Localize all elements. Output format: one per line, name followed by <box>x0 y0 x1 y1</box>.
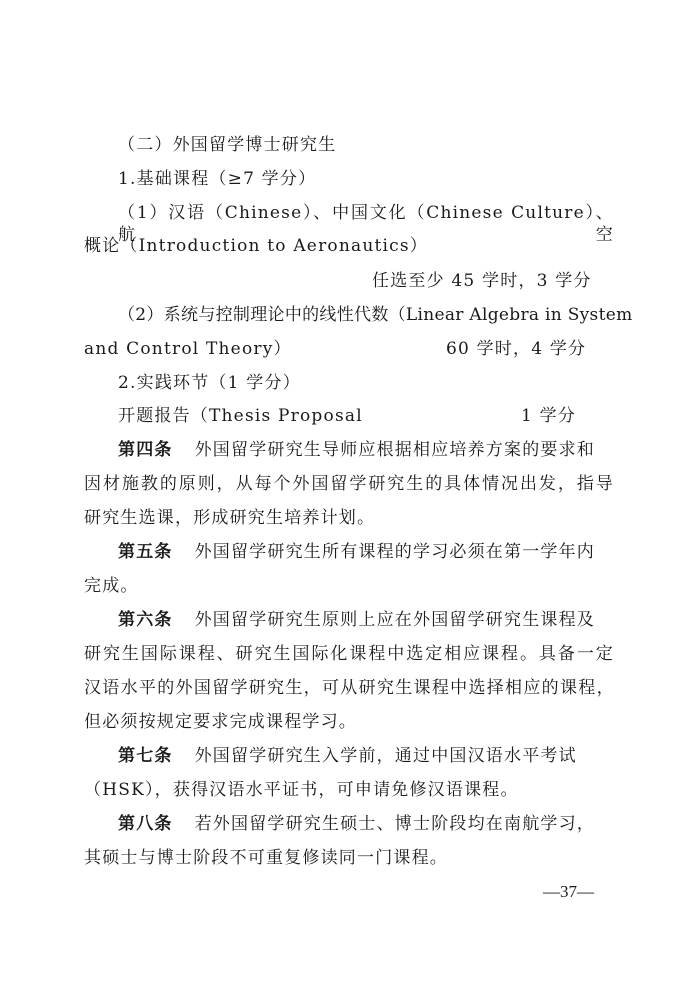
article-8-line-2: 其硕士与博士阶段不可重复修读同一门课程。 <box>84 847 614 869</box>
article-5-line-2: 完成。 <box>84 575 614 597</box>
page-number: —37— <box>543 882 594 902</box>
article-4-line-2: 因材施教的原则，从每个外国留学研究生的具体情况出发，指导 <box>84 473 614 495</box>
practice-heading: 2.实践环节（1 学分） <box>118 372 614 394</box>
article-5-line-1: 第五条外国留学研究生所有课程的学习必须在第一学年内 <box>118 541 614 563</box>
course-item-2-line-1: （2）系统与控制理论中的线性代数（Linear Algebra in Syste… <box>118 304 614 326</box>
article-6-line-3: 汉语水平的外国留学研究生，可从研究生课程中选择相应的课程， <box>84 677 614 699</box>
article-4-line-1: 第四条外国留学研究生导师应根据相应培养方案的要求和 <box>118 439 614 461</box>
article-8-line-1: 第八条若外国留学研究生硕士、博士阶段均在南航学习， <box>118 813 614 835</box>
article-7-line-2: （HSK），获得汉语水平证书，可申请免修汉语课程。 <box>84 779 614 801</box>
article-6-line-2: 研究生国际课程、研究生国际化课程中选定相应课程。具备一定 <box>84 643 614 665</box>
course-item-2-credits: 60 学时，4 学分 <box>446 338 616 360</box>
practice-item: 开题报告（Thesis Proposal <box>118 405 418 427</box>
article-8-label: 第八条 <box>118 814 173 834</box>
article-5-label: 第五条 <box>118 542 173 562</box>
article-4-line-3: 研究生选课，形成研究生培养计划。 <box>84 507 614 529</box>
section-heading: （二）外国留学博士研究生 <box>118 134 614 156</box>
article-7-label: 第七条 <box>118 746 173 766</box>
article-6-label: 第六条 <box>118 610 173 630</box>
article-7-line-1: 第七条外国留学研究生入学前，通过中国汉语水平考试 <box>118 745 614 767</box>
course-item-1-line-2: 概论（Introduction to Aeronautics） <box>84 235 614 257</box>
basic-courses-heading: 1.基础课程（≥7 学分） <box>118 168 614 190</box>
article-6-line-1: 第六条外国留学研究生原则上应在外国留学研究生课程及 <box>118 609 614 631</box>
document-page: （二）外国留学博士研究生 1.基础课程（≥7 学分） （1）汉语（Chinese… <box>0 0 699 989</box>
article-4-label: 第四条 <box>118 440 173 460</box>
course-item-2-line-2: and Control Theory） <box>84 338 384 360</box>
course-item-1-credits: 任选至少 45 学时，3 学分 <box>372 270 622 292</box>
practice-credits: 1 学分 <box>521 405 621 427</box>
article-6-line-4: 但必须按规定要求完成课程学习。 <box>84 711 614 733</box>
